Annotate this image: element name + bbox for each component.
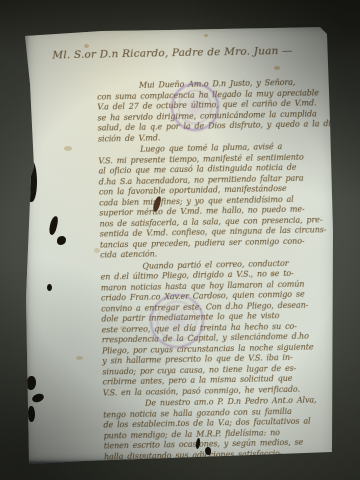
manuscript-paragraph: Mui Dueño Am.o D.n Justo, y Señora,con s… (97, 77, 332, 144)
manuscript-text: Mui Dueño Am.o D.n Justo, y Señora,con s… (97, 77, 338, 474)
manuscript-page: Ml. S.or D.n Ricardo, Padre de Mro. Juan… (24, 26, 337, 464)
manuscript-paragraph: De nuestro am.o P. D.n Pedro Ant.o Alva,… (103, 395, 338, 473)
photograph-backdrop: Ml. S.or D.n Ricardo, Padre de Mro. Juan… (0, 0, 360, 480)
manuscript-paragraph: Luego que tomé la pluma, avisé aV.S. mi … (98, 141, 334, 261)
manuscript-paragraph: Quando partió el correo, conductoren d.e… (100, 258, 337, 399)
letter-salutation: Ml. S.or D.n Ricardo, Padre de Mro. Juan… (52, 45, 293, 62)
paper-bottom-edge-shadow (24, 460, 337, 464)
handwriting-layer: Ml. S.or D.n Ricardo, Padre de Mro. Juan… (20, 23, 341, 467)
manuscript-line: nes del Ex.mo S.or D.n Fran.co Lazaro de… (104, 458, 338, 473)
